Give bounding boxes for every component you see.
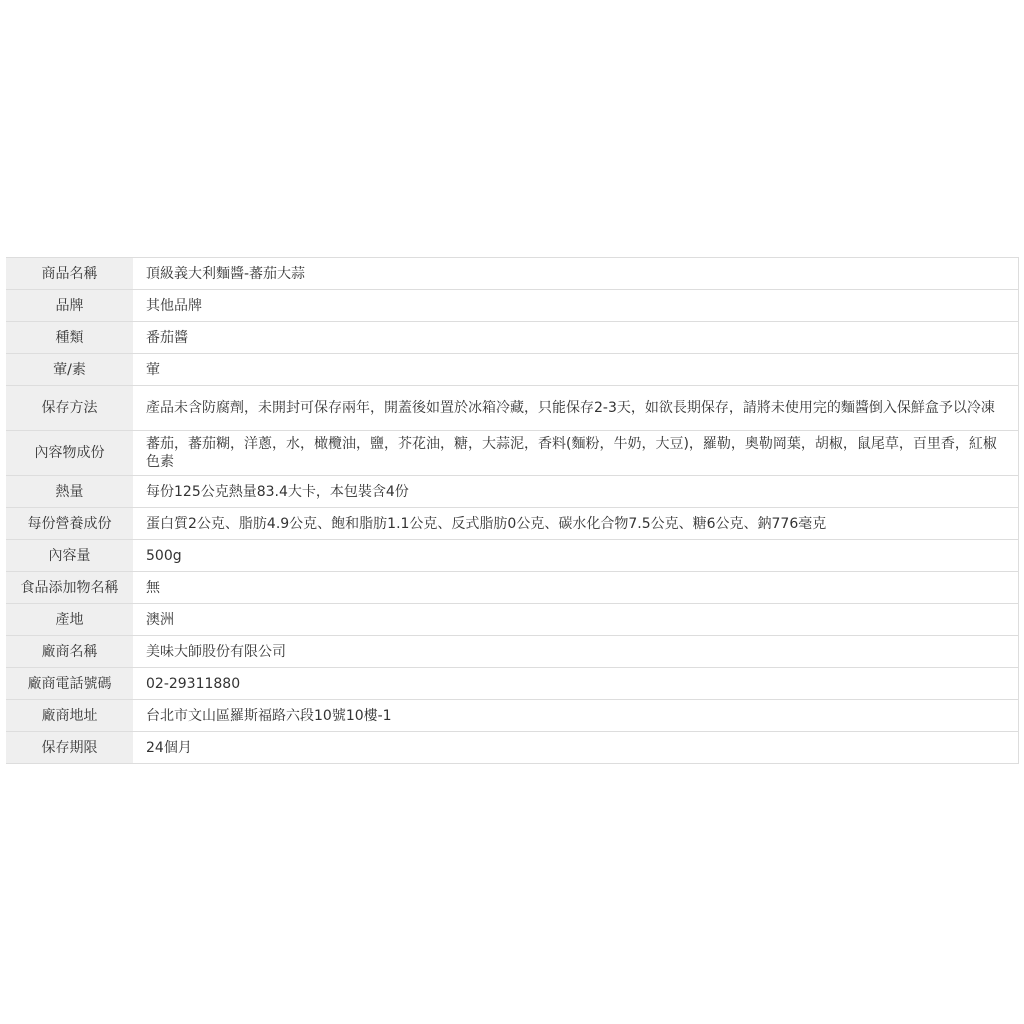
spec-label: 廠商地址 xyxy=(6,700,133,732)
spec-label: 商品名稱 xyxy=(6,258,133,290)
spec-value: 24個月 xyxy=(133,732,1019,764)
spec-label: 每份營養成份 xyxy=(6,508,133,540)
spec-row-category: 種類 番茄醬 xyxy=(6,322,1019,354)
spec-row-storage-method: 保存方法 產品未含防腐劑，未開封可保存兩年，開蓋後如置於冰箱冷藏，只能保存2-3… xyxy=(6,386,1019,431)
spec-value: 其他品牌 xyxy=(133,290,1019,322)
spec-row-calories: 熱量 每份125公克熱量83.4大卡，本包裝含4份 xyxy=(6,476,1019,508)
spec-label: 廠商電話號碼 xyxy=(6,668,133,700)
spec-row-address: 廠商地址 台北市文山區羅斯福路六段10號10樓-1 xyxy=(6,700,1019,732)
spec-row-ingredients: 內容物成份 蕃茄，蕃茄糊，洋蔥，水，橄欖油，鹽，芥花油，糖，大蒜泥，香料(麵粉，… xyxy=(6,431,1019,476)
spec-label: 食品添加物名稱 xyxy=(6,572,133,604)
spec-value: 台北市文山區羅斯福路六段10號10樓-1 xyxy=(133,700,1019,732)
product-spec-table: 商品名稱 頂級義大利麵醬-蕃茄大蒜 品牌 其他品牌 種類 番茄醬 葷/素 葷 保… xyxy=(6,257,1019,764)
spec-label: 廠商名稱 xyxy=(6,636,133,668)
spec-row-nutrition: 每份營養成份 蛋白質2公克、脂肪4.9公克、飽和脂肪1.1公克、反式脂肪0公克、… xyxy=(6,508,1019,540)
spec-value: 美味大師股份有限公司 xyxy=(133,636,1019,668)
spec-label: 產地 xyxy=(6,604,133,636)
spec-row-origin: 產地 澳洲 xyxy=(6,604,1019,636)
spec-row-phone: 廠商電話號碼 02-29311880 xyxy=(6,668,1019,700)
spec-value: 番茄醬 xyxy=(133,322,1019,354)
spec-value: 無 xyxy=(133,572,1019,604)
spec-label: 內容量 xyxy=(6,540,133,572)
spec-value: 澳洲 xyxy=(133,604,1019,636)
spec-row-net-content: 內容量 500g xyxy=(6,540,1019,572)
spec-value: 02-29311880 xyxy=(133,668,1019,700)
spec-label: 葷/素 xyxy=(6,354,133,386)
spec-label: 保存期限 xyxy=(6,732,133,764)
spec-value: 頂級義大利麵醬-蕃茄大蒜 xyxy=(133,258,1019,290)
spec-label: 品牌 xyxy=(6,290,133,322)
spec-value: 產品未含防腐劑，未開封可保存兩年，開蓋後如置於冰箱冷藏，只能保存2-3天，如欲長… xyxy=(133,386,1019,431)
spec-value: 蛋白質2公克、脂肪4.9公克、飽和脂肪1.1公克、反式脂肪0公克、碳水化合物7.… xyxy=(133,508,1019,540)
spec-row-manufacturer: 廠商名稱 美味大師股份有限公司 xyxy=(6,636,1019,668)
spec-value: 蕃茄，蕃茄糊，洋蔥，水，橄欖油，鹽，芥花油，糖，大蒜泥，香料(麵粉，牛奶，大豆)… xyxy=(133,431,1019,476)
spec-value: 葷 xyxy=(133,354,1019,386)
spec-label: 內容物成份 xyxy=(6,431,133,476)
spec-row-shelf-life: 保存期限 24個月 xyxy=(6,732,1019,764)
spec-row-brand: 品牌 其他品牌 xyxy=(6,290,1019,322)
spec-label: 熱量 xyxy=(6,476,133,508)
spec-value: 每份125公克熱量83.4大卡，本包裝含4份 xyxy=(133,476,1019,508)
spec-row-additives: 食品添加物名稱 無 xyxy=(6,572,1019,604)
spec-label: 保存方法 xyxy=(6,386,133,431)
spec-label: 種類 xyxy=(6,322,133,354)
spec-row-veg-type: 葷/素 葷 xyxy=(6,354,1019,386)
spec-row-product-name: 商品名稱 頂級義大利麵醬-蕃茄大蒜 xyxy=(6,258,1019,290)
spec-value: 500g xyxy=(133,540,1019,572)
